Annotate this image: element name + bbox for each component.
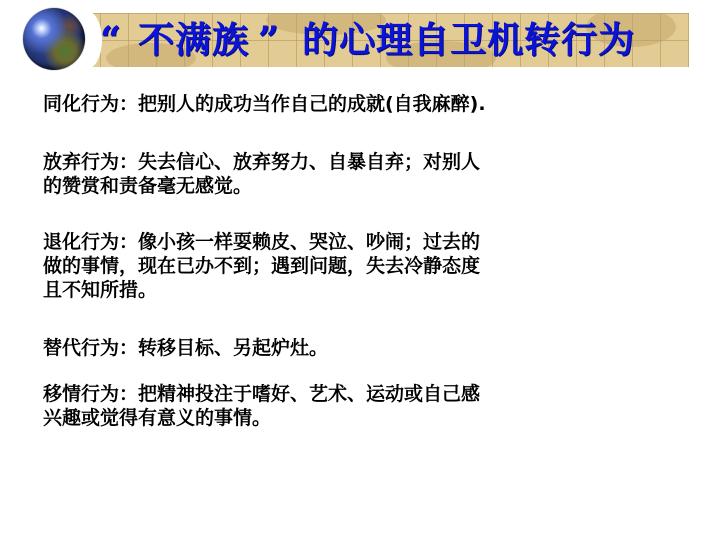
slide-title: “ 不满族 ” 的心理自卫机转行为 — [86, 13, 689, 67]
paragraph-line: 替代行为：转移目标、另起炉灶。 — [43, 336, 683, 360]
paragraph-line: 同化行为：把别人的成功当作自己的成就(自我麻醉). — [43, 92, 683, 116]
paragraph-line: 做的事情，现在已办不到；遇到问题，失去冷静态度 — [43, 254, 683, 278]
paragraph-line: 的赞赏和责备毫无感觉。 — [43, 174, 683, 198]
title-close-quote: ” — [258, 13, 280, 67]
paragraph-sublimation: 移情行为：把精神投注于嗜好、艺术、运动或自己感 兴趣或觉得有意义的事情。 — [43, 382, 683, 430]
paragraph-line: 放弃行为：失去信心、放弃努力、自暴自弃；对别人 — [43, 150, 683, 174]
title-group: 不满族 — [138, 13, 249, 67]
title-rest: 的心理自卫机转行为 — [302, 13, 635, 67]
globe-icon — [23, 8, 85, 70]
paragraph-regression: 退化行为：像小孩一样耍赖皮、哭泣、吵闹；过去的 做的事情，现在已办不到；遇到问题… — [43, 230, 683, 302]
paragraph-substitution: 替代行为：转移目标、另起炉灶。 — [43, 336, 683, 360]
paragraph-abandonment: 放弃行为：失去信心、放弃努力、自暴自弃；对别人 的赞赏和责备毫无感觉。 — [43, 150, 683, 198]
paragraph-line: 退化行为：像小孩一样耍赖皮、哭泣、吵闹；过去的 — [43, 230, 683, 254]
title-open-quote: “ — [100, 13, 122, 67]
paragraph-line: 兴趣或觉得有意义的事情。 — [43, 406, 683, 430]
paragraph-identification: 同化行为：把别人的成功当作自己的成就(自我麻醉). — [43, 92, 683, 116]
paragraph-line: 移情行为：把精神投注于嗜好、艺术、运动或自己感 — [43, 382, 683, 406]
paragraph-line: 且不知所措。 — [43, 278, 683, 302]
